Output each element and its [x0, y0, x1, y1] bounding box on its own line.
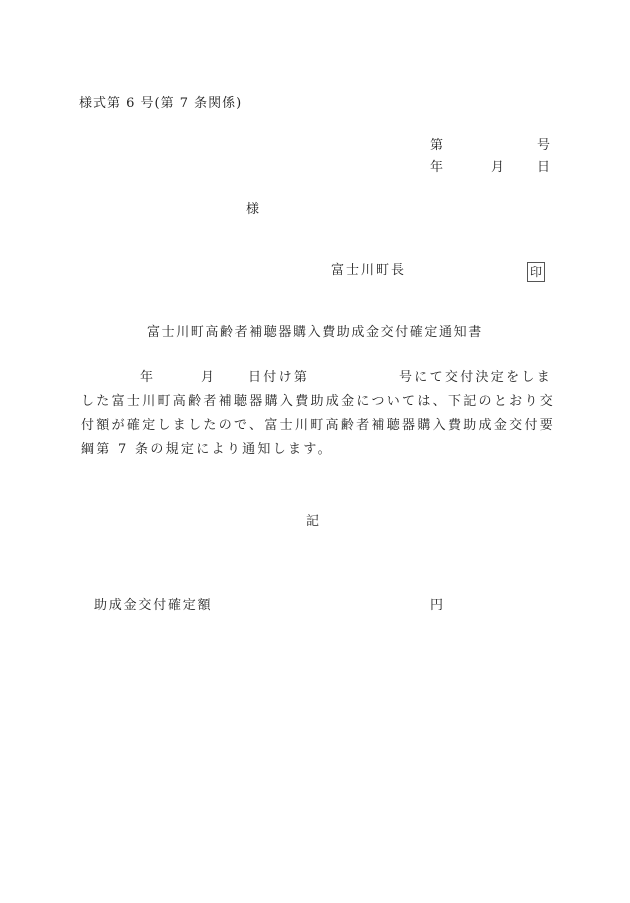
date-day: 日 — [537, 160, 550, 176]
body-line-3: 付額が確定しましたので、富士川町高齢者補聴器購入費助成金交付要 — [81, 414, 551, 438]
date-month: 月 — [491, 160, 504, 176]
body-line-4: 綱第 7 条の規定により通知します。 — [81, 438, 551, 462]
amount-label: 助成金交付確定額 — [94, 598, 212, 614]
seal-mark: 印 — [527, 262, 545, 282]
addressee-suffix: 様 — [246, 202, 259, 218]
date-year: 年 — [430, 160, 443, 176]
body-line-1: 年 月 日付け第 号にて交付決定をしま — [81, 366, 551, 390]
amount-unit: 円 — [430, 598, 443, 614]
body-line-2: した富士川町高齢者補聴器購入費助成金については、下記のとおり交 — [81, 390, 551, 414]
doc-number-dai: 第 — [430, 138, 443, 154]
body-year: 年 — [140, 366, 155, 390]
ki-heading: 記 — [306, 514, 319, 530]
body-decision-text: 号にて交付決定をしま — [399, 366, 552, 390]
body-paragraph: 年 月 日付け第 号にて交付決定をしま した富士川町高齢者補聴器購入費助成金につ… — [81, 366, 551, 462]
body-day-number: 日付け第 — [248, 366, 309, 390]
issuer-title: 富士川町長 — [331, 263, 406, 279]
body-month: 月 — [201, 366, 216, 390]
doc-number-gou: 号 — [537, 138, 550, 154]
document-title: 富士川町高齢者補聴器購入費助成金交付確定通知書 — [147, 325, 483, 341]
form-label: 様式第 6 号(第 7 条関係) — [79, 96, 242, 112]
